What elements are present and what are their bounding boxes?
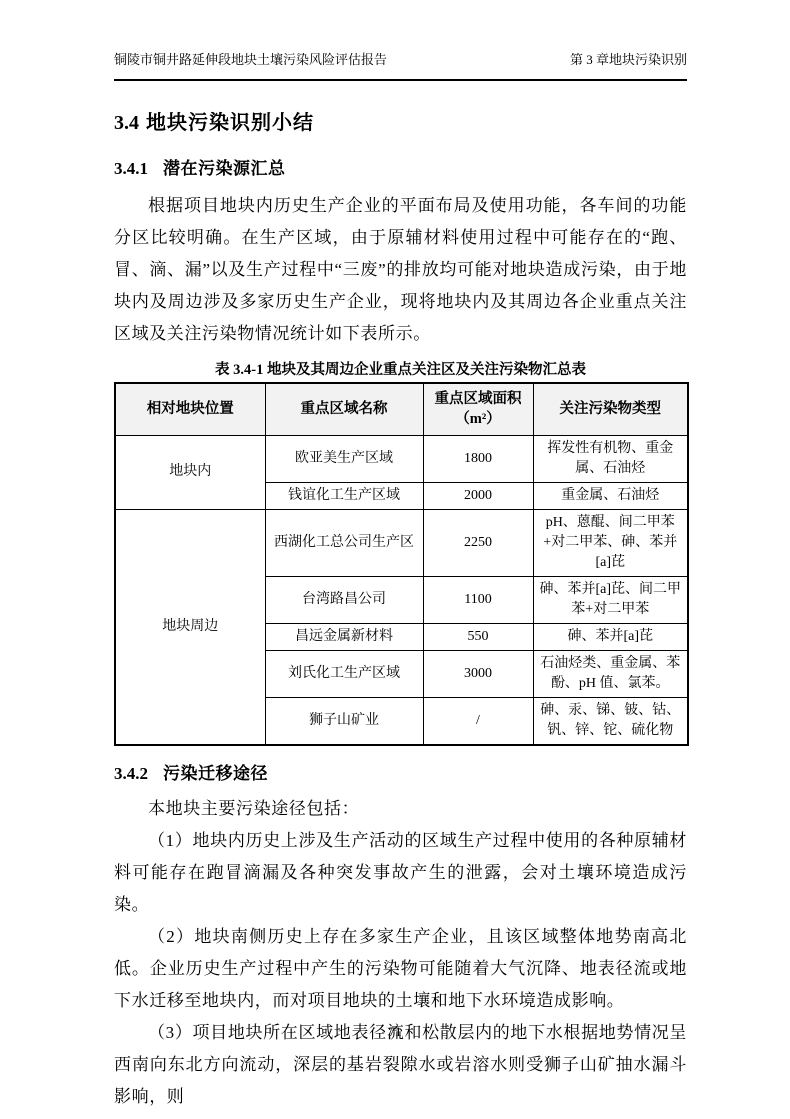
section-heading-3-4-1: 3.4.1潜在污染源汇总 [114,154,687,179]
header-report-title: 铜陵市铜井路延伸段地块土壤污染风险评估报告 [114,52,387,68]
header-chapter-title: 第 3 章地块污染识别 [570,52,687,68]
table-row: 地块周边 西湖化工总公司生产区 2250 pH、蒽醌、间二甲苯+对二甲苯、砷、苯… [115,509,688,576]
paragraph-migration-item-2: （2）地块南侧历史上存在多家生产企业，且该区域整体地势南高北低。企业历史生产过程… [114,921,687,1017]
paragraph-migration-intro: 本地块主要污染途径包括： [114,793,687,825]
pollutants-cell: 砷、苯并[a]芘、间二甲苯+对二甲苯 [533,576,688,623]
area-size-cell: / [423,697,533,745]
col-header-position: 相对地块位置 [115,383,265,435]
table-caption: 表 3.4-1 地块及其周边企业重点关注区及关注污染物汇总表 [114,358,687,379]
page-number: 71 [0,1024,790,1040]
area-size-cell: 3000 [423,650,533,697]
area-name-cell: 钱谊化工生产区域 [265,482,423,509]
area-name-cell: 刘氏化工生产区域 [265,650,423,697]
group-label-inside-plot: 地块内 [115,435,265,509]
section-number: 3.4 [114,112,139,134]
area-name-cell: 西湖化工总公司生产区 [265,509,423,576]
col-header-area-size-label: 重点区域面积 [429,389,528,409]
pollutants-cell: 砷、汞、锑、铍、钴、钒、锌、铊、硫化物 [533,697,688,745]
subsection-number: 3.4.1 [114,159,148,178]
paragraph-pollution-sources: 根据项目地块内历史生产企业的平面布局及使用功能，各车间的功能分区比较明确。在生产… [114,190,687,350]
pollutants-cell: 石油烃类、重金属、苯酚、pH 值、氯苯。 [533,650,688,697]
page-header: 铜陵市铜井路延伸段地块土壤污染风险评估报告 第 3 章地块污染识别 [114,52,687,81]
col-header-area-size: 重点区域面积 （m²） [423,383,533,435]
area-size-cell: 1100 [423,576,533,623]
area-name-cell: 昌远金属新材料 [265,623,423,650]
area-name-cell: 狮子山矿业 [265,697,423,745]
area-size-cell: 550 [423,623,533,650]
area-size-cell: 2250 [423,509,533,576]
subsection-title: 污染迁移途径 [163,764,268,783]
subsection-number: 3.4.2 [114,764,148,783]
area-size-cell: 2000 [423,482,533,509]
section-title: 地块污染识别小结 [146,112,314,134]
section-heading-3-4: 3.4地块污染识别小结 [114,106,687,135]
section-heading-3-4-2: 3.4.2污染迁移途径 [114,759,687,784]
table-header-row: 相对地块位置 重点区域名称 重点区域面积 （m²） 关注污染物类型 [115,383,688,435]
report-page: 铜陵市铜井路延伸段地块土壤污染风险评估报告 第 3 章地块污染识别 3.4地块污… [0,0,790,1119]
col-header-pollutants: 关注污染物类型 [533,383,688,435]
area-name-cell: 欧亚美生产区域 [265,435,423,482]
pollutant-summary-table: 相对地块位置 重点区域名称 重点区域面积 （m²） 关注污染物类型 地块内 欧亚… [114,382,689,746]
area-size-cell: 1800 [423,435,533,482]
paragraph-migration-item-1: （1）地块内历史上涉及生产活动的区域生产过程中使用的各种原辅材料可能存在跑冒滴漏… [114,825,687,921]
subsection-title: 潜在污染源汇总 [163,159,286,178]
col-header-area-size-unit: （m²） [429,409,528,429]
area-name-cell: 台湾路昌公司 [265,576,423,623]
table-row: 地块内 欧亚美生产区域 1800 挥发性有机物、重金属、石油烃 [115,435,688,482]
pollutants-cell: 砷、苯并[a]芘 [533,623,688,650]
col-header-area-name: 重点区域名称 [265,383,423,435]
pollutants-cell: 挥发性有机物、重金属、石油烃 [533,435,688,482]
group-label-surrounding: 地块周边 [115,509,265,745]
pollutants-cell: pH、蒽醌、间二甲苯+对二甲苯、砷、苯并[a]芘 [533,509,688,576]
pollutants-cell: 重金属、石油烃 [533,482,688,509]
